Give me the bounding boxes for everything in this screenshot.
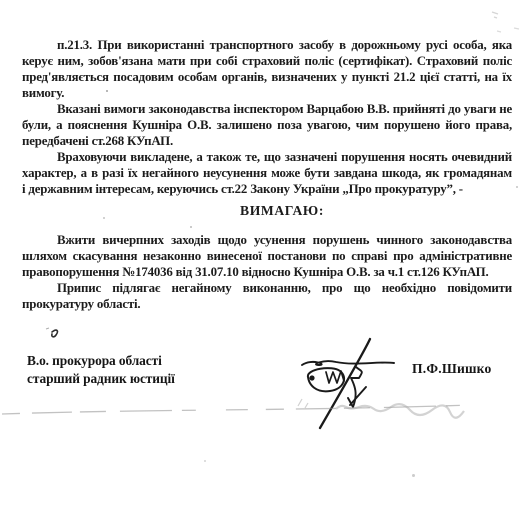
paragraph-demand-action: Вжити вичерпних заходів щодо усунення по… bbox=[22, 232, 512, 280]
text-line: Вжити вичерпних заходів щодо усунення по… bbox=[22, 232, 512, 248]
text-line: передбачені ст.268 КУпАП. bbox=[22, 133, 512, 149]
paragraph-immediate-execution: Припис підлягає негайному виконанню, про… bbox=[22, 280, 512, 312]
text-line: Припис підлягає негайному виконанню, про… bbox=[22, 280, 512, 296]
ink-curl-icon bbox=[44, 322, 64, 342]
signer-position: В.о. прокурора області старший радник юс… bbox=[27, 352, 175, 388]
body-text: п.21.3. При використанні транспортного з… bbox=[22, 37, 512, 312]
text-line: прокуратуру області. bbox=[22, 296, 512, 312]
signer-name: П.Ф.Шишко bbox=[412, 361, 492, 377]
text-line: п.21.3. При використанні транспортного з… bbox=[22, 37, 512, 53]
text-line: і державним інтересам, керуючись ст.22 З… bbox=[22, 181, 512, 197]
paragraph-inspector-violations: Вказані вимоги законодавства інспектором… bbox=[22, 101, 512, 149]
scan-noise-speck bbox=[190, 226, 192, 228]
paragraph-considering-stated: Враховуючи викладене, а також те, що заз… bbox=[22, 149, 512, 197]
text-line: пред'являється посадовим особам органів,… bbox=[22, 69, 512, 85]
demand-heading: ВИМАГАЮ: bbox=[22, 203, 512, 220]
scan-noise-speck bbox=[516, 186, 518, 188]
scan-noise-speck bbox=[204, 460, 206, 462]
signer-position-line1: В.о. прокурора області bbox=[27, 352, 175, 370]
scanned-document-page: п.21.3. При використанні транспортного з… bbox=[0, 0, 530, 513]
text-line: Вказані вимоги законодавства інспектором… bbox=[22, 101, 512, 117]
scan-noise-speck bbox=[103, 217, 105, 219]
paragraph-point-21-3: п.21.3. При використанні транспортного з… bbox=[22, 37, 512, 101]
fold-crease-icon bbox=[0, 394, 530, 434]
text-line: керує ним, зобов'язана мати при собі стр… bbox=[22, 53, 512, 69]
text-line: характер, а в разі їх негайного неусунен… bbox=[22, 165, 512, 181]
text-line: Враховуючи викладене, а також те, що заз… bbox=[22, 149, 512, 165]
scan-noise-speck bbox=[106, 90, 108, 92]
text-line: шляхом скасування незаконно винесеної по… bbox=[22, 248, 512, 264]
scan-noise-speck bbox=[412, 474, 415, 477]
scan-smudge-icon bbox=[488, 6, 526, 38]
text-line: вимогу. bbox=[22, 85, 512, 101]
signer-position-line2: старший радник юстиції bbox=[27, 370, 175, 388]
text-line: були, а пояснення Кушніра О.В. залишено … bbox=[22, 117, 512, 133]
text-line: правопорушення №174036 від 31.07.10 відн… bbox=[22, 264, 512, 280]
